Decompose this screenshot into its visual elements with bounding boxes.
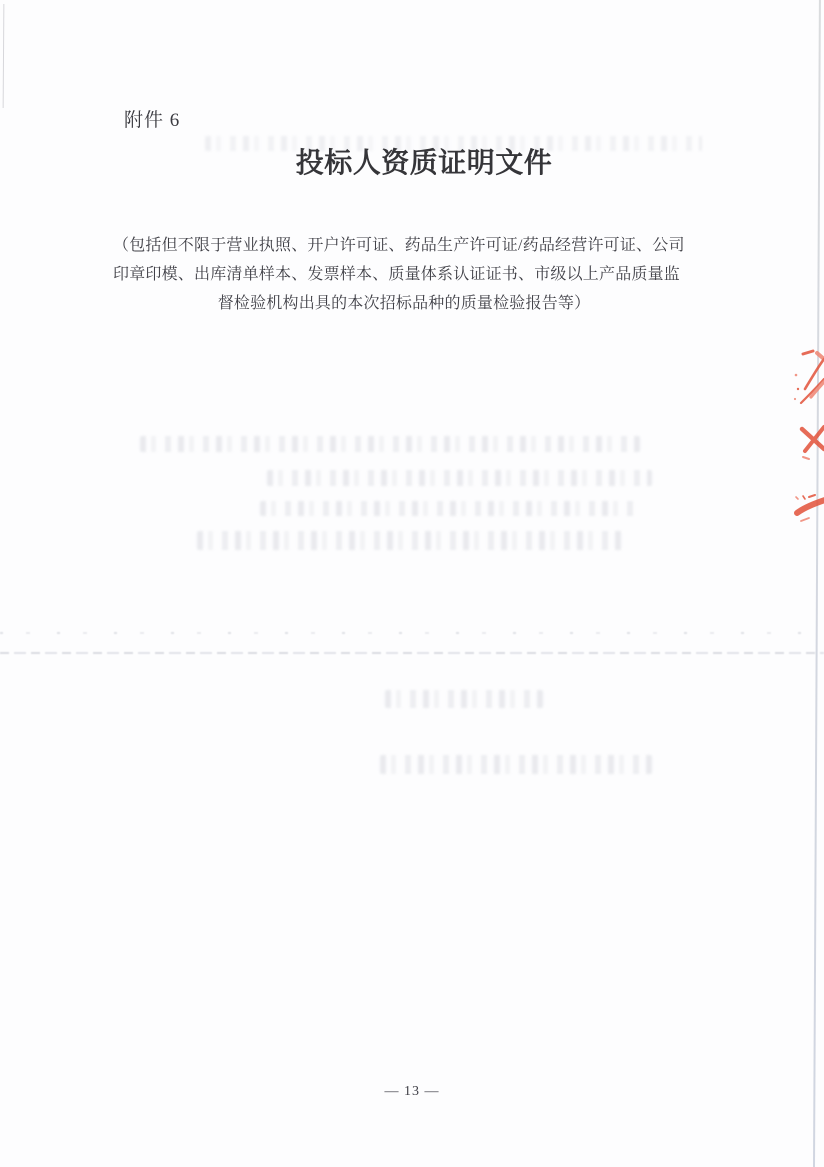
scan-artifact-dotted-line [0, 632, 824, 634]
red-stamp-fragment [789, 345, 824, 535]
scanned-document-page: 附件 6 投标人资质证明文件 （包括但不限于营业执照、开户许可证、药品生产许可证… [0, 0, 824, 1167]
body-line: （包括但不限于营业执照、开户许可证、药品生产许可证/药品经营许可证、公司 [113, 231, 695, 260]
bleed-through-line [260, 501, 640, 516]
page-number: — 13 — [0, 1084, 824, 1100]
bleed-through-block [380, 755, 652, 774]
document-title: 投标人资质证明文件 [0, 146, 824, 182]
bleed-through-line [197, 531, 623, 550]
bleed-through-line [267, 470, 652, 486]
attachment-label: 附件 6 [124, 109, 180, 133]
bleed-through-block [385, 690, 543, 708]
scan-edge-left [3, 4, 5, 108]
body-line: 印章印模、出库清单样本、发票样本、质量体系认证证书、市级以上产品质量监 [113, 260, 695, 289]
body-paragraph: （包括但不限于营业执照、开户许可证、药品生产许可证/药品经营许可证、公司 印章印… [113, 231, 695, 318]
bleed-through-line [140, 436, 640, 452]
body-line: 督检验机构出具的本次招标品种的质量检验报告等） [113, 289, 695, 318]
scan-artifact-dotted-line [0, 652, 824, 654]
